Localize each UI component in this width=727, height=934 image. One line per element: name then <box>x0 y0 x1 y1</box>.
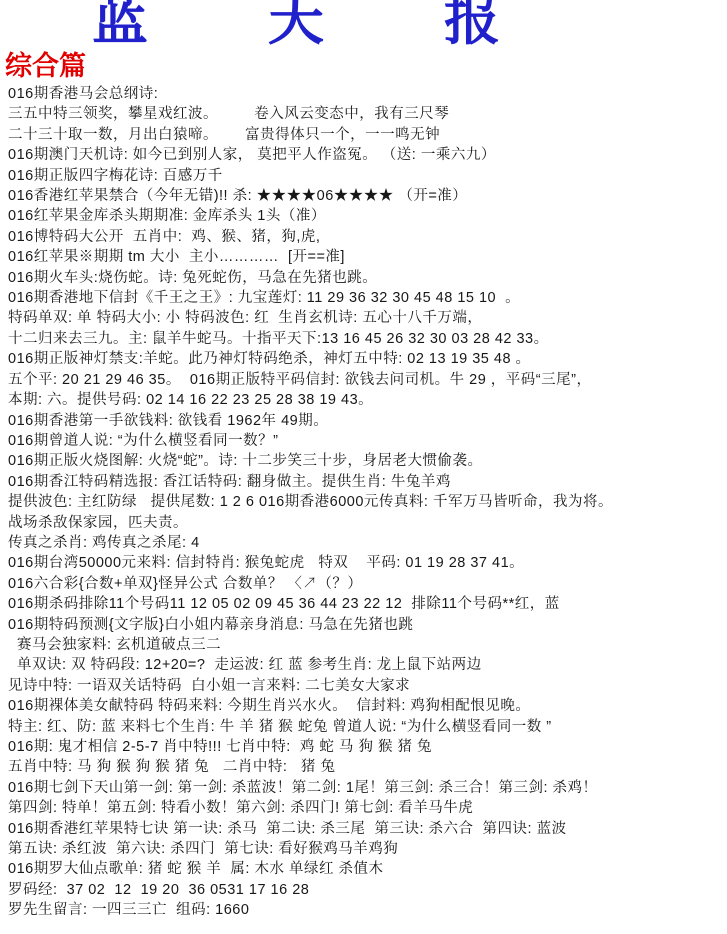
text-line: 016期正版四字梅花诗: 百感万千 <box>8 166 727 186</box>
text-line: 016期七剑下天山第一剑: 第一剑: 杀蓝波！第二剑: 1尾！第三剑: 杀三合！… <box>8 778 727 798</box>
text-line: 016期香港马会总纲诗: <box>8 84 727 104</box>
text-line: 见诗中特: 一语双关话特码 白小姐一言来料: 二七美女大家求 <box>8 676 727 696</box>
text-line: 本期: 六。提供号码: 02 14 16 22 23 25 28 38 19 4… <box>8 390 727 410</box>
text-line: 016期特码预测{文字版}白小姐内幕亲身消息: 马急在先猪也跳 <box>8 615 727 635</box>
text-line: 罗先生留言: 一四三三亡 组码: 1660 <box>8 900 727 920</box>
text-line: 016六合彩{合数+单双}怪异公式 合数单？ 〈↗（？） <box>8 574 727 594</box>
text-line: 016期杀码排除11个号码11 12 05 02 09 45 36 44 23 … <box>8 594 727 614</box>
text-line: 第四剑: 特单！第五剑: 特看小数！第六剑: 杀四门! 第七剑: 看羊马牛虎 <box>8 798 727 818</box>
text-line: 016香港红苹果禁合（今年无错)!! 杀: ★★★★06★★★★ （开=准） <box>8 186 727 206</box>
text-line: 特码单双: 单 特码大小: 小 特码波色: 红 生肖玄机诗: 五心十八千万端， <box>8 308 727 328</box>
text-line: 战场杀敌保家园，匹夫责。 <box>8 513 727 533</box>
text-line: 单双诀: 双 特码段: 12+20=? 走运波: 红 蓝 参考生肖: 龙上鼠下站… <box>8 655 727 675</box>
text-line: 十二归来去三九。主: 鼠羊牛蛇马。十指平天下:13 16 45 26 32 30… <box>8 329 727 349</box>
text-line: 五个平: 20 21 29 46 35。 016期正版特平码信封: 欲钱去问司机… <box>8 370 727 390</box>
text-line: 016期香港红苹果特七诀 第一诀: 杀马 第二诀: 杀三尾 第三诀: 杀六合 第… <box>8 819 727 839</box>
text-line: 016博特码大公开 五肖中: 鸡、猴、猪，狗,虎, <box>8 227 727 247</box>
text-line: 016期正版火烧图解: 火烧“蛇”。诗: 十二步笑三十步，身居老大惯偷袭。 <box>8 451 727 471</box>
page-title: 蓝 天 报 <box>92 0 500 51</box>
text-line: 016期: 鬼才相信 2-5-7 肖中特!!! 七肖中特: 鸡 蛇 马 狗 猴 … <box>8 737 727 757</box>
text-line: 016期火车头:烧伤蛇。诗: 兔死蛇伤，马急在先猪也跳。 <box>8 268 727 288</box>
text-line: 五肖中特: 马 狗 猴 狗 猴 猪 兔 二肖中特: 猪 兔 <box>8 757 727 777</box>
text-line: 016期台湾50000元来料: 信封特肖: 猴兔蛇虎 特双 平码: 01 19 … <box>8 553 727 573</box>
newspaper-page: 蓝 天 报 综合篇 016期香港马会总纲诗:三五中特三领奖，攀星戏红波。 卷入风… <box>0 0 727 921</box>
text-line: 016期香江特码精选报: 香江话特码: 翻身做主。提供生肖: 牛兔羊鸡 <box>8 472 727 492</box>
text-line: 016期正版神灯禁支:羊蛇。此乃神灯特码绝杀，神灯五中特: 02 13 19 3… <box>8 349 727 369</box>
text-line: 赛马会独家料: 玄机道破点三二 <box>8 635 727 655</box>
text-line: 016期香港第一手欲钱料: 欲钱看 1962年 49期。 <box>8 411 727 431</box>
text-line: 第五诀: 杀红波 第六诀: 杀四门 第七诀: 看好猴鸡马羊鸡狗 <box>8 839 727 859</box>
text-line: 提供波色: 主红防绿 提供尾数: 1 2 6 016期香港6000元传真料: 千… <box>8 492 727 512</box>
text-line: 016期罗大仙点歌单: 猪 蛇 猴 羊 属: 木水 单绿红 杀值木 <box>8 859 727 879</box>
text-line: 016红苹果※期期 tm 大小 主小………… [开==准] <box>8 247 727 267</box>
title-char-1: 蓝 <box>92 0 148 51</box>
title-char-2: 天 <box>268 0 324 51</box>
text-line: 传真之杀肖: 鸡传真之杀尾: 4 <box>8 533 727 553</box>
text-line: 罗码经: 37 02 12 19 20 36 0531 17 16 28 <box>8 880 727 900</box>
page-header: 蓝 天 报 综合篇 <box>0 0 727 81</box>
text-line: 三五中特三领奖，攀星戏红波。 卷入风云变态中，我有三尺琴 <box>8 104 727 124</box>
text-line: 016期裸体美女献特码 特码来料: 今期生肖兴水火。 信封料: 鸡狗相配恨见晚。 <box>8 696 727 716</box>
text-line: 016红苹果金库杀头期期准: 金库杀头 1头（准） <box>8 206 727 226</box>
text-line: 016期澳门天机诗: 如今已到别人家， 莫把平人作盗冤。 （送: 一乘六九） <box>8 145 727 165</box>
text-line: 016期曾道人说: “为什么横竖看同一数？” <box>8 431 727 451</box>
section-label: 综合篇 <box>5 51 727 81</box>
text-line: 二十三十取一数，月出白猿啼。 富贵得体只一个，一一鸣无钟 <box>8 125 727 145</box>
title-char-3: 报 <box>444 0 500 51</box>
text-line: 特主: 红、防: 蓝 来料七个生肖: 牛 羊 猪 猴 蛇兔 曾道人说: “为什么… <box>8 717 727 737</box>
content-lines: 016期香港马会总纲诗:三五中特三领奖，攀星戏红波。 卷入风云变态中，我有三尺琴… <box>0 84 727 921</box>
text-line: 016期香港地下信封《千王之王》: 九宝莲灯: 11 29 36 32 30 4… <box>8 288 727 308</box>
